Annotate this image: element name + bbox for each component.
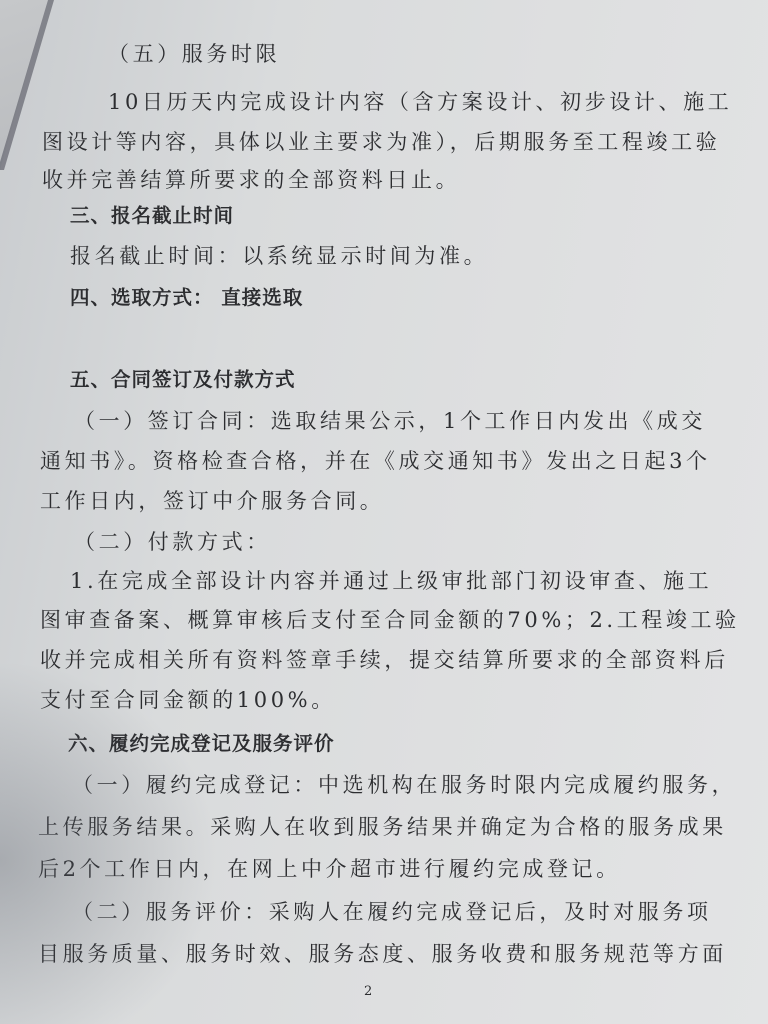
paragraph-line: 10日历天内完成设计内容（含方案设计、初步设计、施工 <box>108 88 732 116</box>
paragraph-line: （一）签订合同：选取结果公示，1个工作日内发出《成交 <box>74 407 706 435</box>
paragraph-line: 目服务质量、服务时效、服务态度、服务收费和服务规范等方面 <box>38 940 727 968</box>
paragraph-line: 支付至合同金额的100%。 <box>40 686 336 714</box>
heading-performance-evaluation: 六、履约完成登记及服务评价 <box>68 730 335 758</box>
paragraph-line: 报名截止时间：以系统显示时间为准。 <box>70 242 488 270</box>
paragraph-line: 图设计等内容，具体以业主要求为准），后期服务至工程竣工验 <box>42 128 720 156</box>
paragraph-line: 图审查备案、概算审核后支付至合同金额的70%；2.工程竣工验 <box>40 606 740 634</box>
subsection-title-payment: （二）付款方式： <box>74 528 271 556</box>
paragraph-line: 1.在完成全部设计内容并通过上级审批部门初设审查、施工 <box>70 567 712 595</box>
paragraph-line: （一）履约完成登记：中选机构在服务时限内完成履约服务， <box>72 771 736 799</box>
heading-registration-deadline: 三、报名截止时间 <box>70 202 234 230</box>
page-number: 2 <box>364 984 372 999</box>
heading-selection-method: 四、选取方式： 直接选取 <box>70 284 303 312</box>
paragraph-line: 通知书》。资格检查合格，并在《成交通知书》发出之日起3个 <box>40 447 711 475</box>
paragraph-line: 收并完善结算所要求的全部资料日止。 <box>42 166 460 194</box>
document-page: （五）服务时限 10日历天内完成设计内容（含方案设计、初步设计、施工 图设计等内… <box>0 0 768 1024</box>
paragraph-line: 后2个工作日内，在网上中介超市进行履约完成登记。 <box>38 855 621 883</box>
paragraph-line: 工作日内，签订中介服务合同。 <box>40 487 384 515</box>
paragraph-line: 收并完成相关所有资料签章手续，提交结算所要求的全部资料后 <box>40 646 729 674</box>
heading-contract-payment: 五、合同签订及付款方式 <box>70 366 296 394</box>
paragraph-line: （二）服务评价：采购人在履约完成登记后，及时对服务项 <box>72 898 712 926</box>
subsection-title-service-period: （五）服务时限 <box>108 40 280 68</box>
paragraph-line: 上传服务结果。采购人在收到服务结果并确定为合格的服务成果 <box>38 813 727 841</box>
